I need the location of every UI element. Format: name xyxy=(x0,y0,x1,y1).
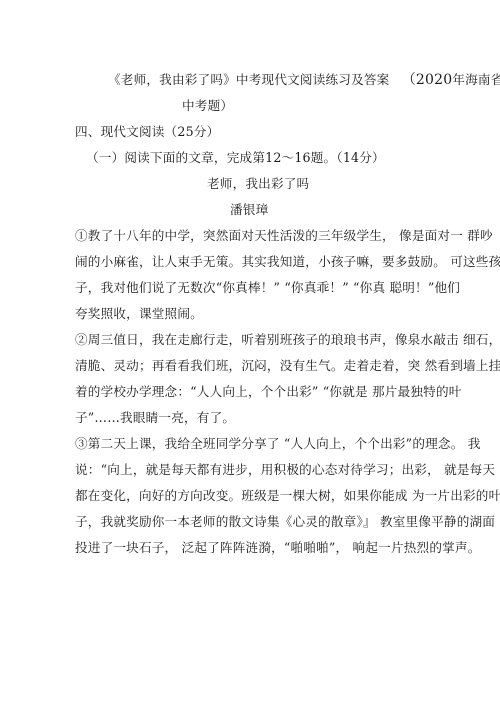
paragraph-3-line-3: 都在变化，向好的方向改变。班级是一棵大树，如果你能成 为一片出彩的叶 xyxy=(75,488,500,504)
paragraph-3-line-2: 说：“向上，就是每天都有进步，用积极的心态对待学习；出彩， 就是每天 xyxy=(75,462,495,478)
paragraph-3-line-5: 投进了一块石子， 泛起了阵阵涟漪，“啪啪啪”， 响起一片热烈的掌声。 xyxy=(75,540,481,556)
section-heading: 四、现代文阅读（25分） xyxy=(75,124,219,140)
subsection-heading: （一）阅读下面的文章，完成第12～16题。（14分） xyxy=(86,150,385,166)
article-title: 老师，我出彩了吗 xyxy=(207,176,309,192)
paragraph-3-line-4: 子，我就奖励你一本老师的散文诗集《心灵的散章》』 教室里像平静的湖面 xyxy=(75,514,495,530)
title-text: 《老师，我由彩了吗》中考现代文阅读练习及答案 xyxy=(108,72,389,87)
paragraph-2-line-2: 清脆、灵动；再看看我们班，沉闷，没有生气。走着走着，突 然看到墙上挂 xyxy=(75,358,500,374)
article-author: 潘银璋 xyxy=(230,202,268,218)
title-year: （2020 xyxy=(402,72,453,88)
paragraph-3-line-1: ③第二天上课，我给全班同学分享了 “人人向上，个个出彩”的理念。 我 xyxy=(75,436,481,452)
paragraph-2-line-3: 着的学校办学理念：“人人向上，个个出彩” “你就是 那片最独特的叶 xyxy=(75,384,462,400)
paragraph-1-line-1: ①教了十八年的中学，突然面对天性活泼的三年级学生， 像是面对一 群吵 xyxy=(75,228,493,244)
document-title-line-2: 中考题） xyxy=(182,98,233,114)
paragraph-2-line-4: 子”……我眼睛一亮，有了。 xyxy=(75,410,235,426)
paragraph-1-line-4: 夸奖照收，课堂照闹。 xyxy=(75,306,203,322)
paragraph-1-line-3: 子，我对他们说了无数次“你真棒！” “你真乖！” “你真 聪明！”他们 xyxy=(75,280,460,296)
title-province: 年海南省 xyxy=(452,72,500,87)
paragraph-2-line-1: ②周三值日，我在走廊行走，听着别班孩子的琅琅书声，像泉水敲击 细石， xyxy=(75,332,500,348)
document-title-line-1: 《老师，我由彩了吗》中考现代文阅读练习及答案 （2020年海南省 xyxy=(108,72,500,88)
paragraph-1-line-2: 闹的小麻雀，让人束手无策。其实我知道，小孩子嘛，要多鼓励。 可这些孩 xyxy=(75,254,500,270)
